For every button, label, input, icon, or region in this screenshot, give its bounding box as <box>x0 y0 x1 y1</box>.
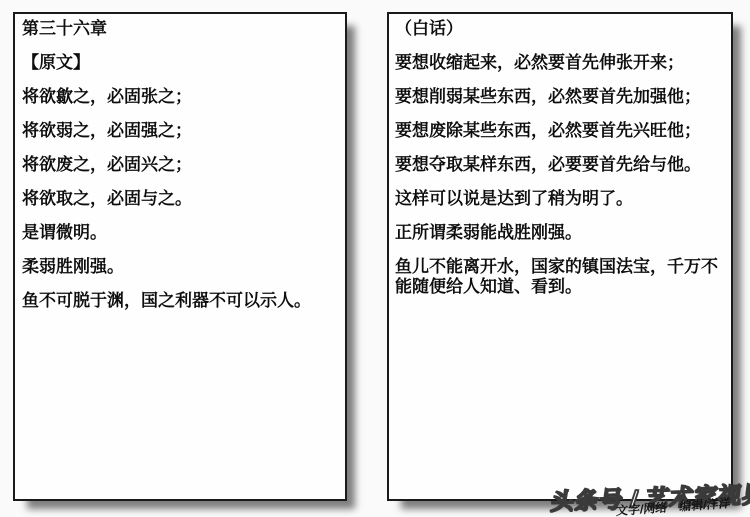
verse-line: 将欲废之，必固兴之； <box>22 155 341 175</box>
verse-line: 是谓微明。 <box>22 223 341 243</box>
translation-line: 鱼儿不能离开水，国家的镇国法宝，千万不能随便给人知道、看到。 <box>395 257 727 297</box>
verse-line: 鱼不可脱于渊，国之利器不可以示人。 <box>22 291 341 311</box>
translation-line: 要想收缩起来，必然要首先伸张开来； <box>395 53 727 73</box>
translation-line: 要想废除某些东西，必然要首先兴旺他； <box>395 121 727 141</box>
chapter-title: 第三十六章 <box>22 19 341 39</box>
original-label: 【原文】 <box>22 53 341 73</box>
translation-line: 要想削弱某些东西，必然要首先加强他； <box>395 87 727 107</box>
translation-line: 要想夺取某样东西，必要要首先给与他。 <box>395 155 727 175</box>
page: 第三十六章 【原文】 将欲歙之，必固张之； 将欲弱之，必固强之； 将欲废之，必固… <box>0 0 750 517</box>
vernacular-panel: （白话） 要想收缩起来，必然要首先伸张开来； 要想削弱某些东西，必然要首先加强他… <box>387 12 733 501</box>
verse-line: 柔弱胜刚强。 <box>22 257 341 277</box>
original-text-panel: 第三十六章 【原文】 将欲歙之，必固张之； 将欲弱之，必固强之； 将欲废之，必固… <box>13 12 347 501</box>
verse-line: 将欲歙之，必固张之； <box>22 87 341 107</box>
verse-line: 将欲取之，必固与之。 <box>22 189 341 209</box>
translation-line: 这样可以说是达到了稍为明了。 <box>395 189 727 209</box>
translation-line: 正所谓柔弱能战胜刚强。 <box>395 223 727 243</box>
verse-line: 将欲弱之，必固强之； <box>22 121 341 141</box>
vernacular-label: （白话） <box>395 19 727 39</box>
